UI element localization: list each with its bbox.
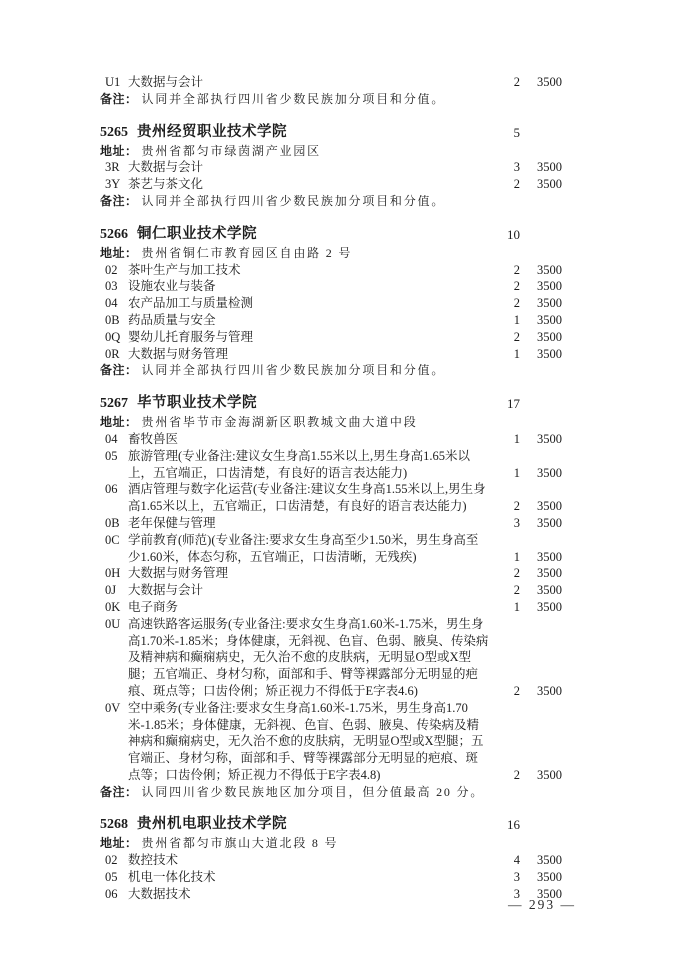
major-title: 大数据与会计: [128, 160, 203, 174]
major-plan-count: 3: [490, 869, 520, 886]
school-majors: 02数控技术 4 3500 05机电一体化技术 3 3500 06大数据技术 3…: [100, 852, 562, 902]
major-name: 04农产品加工与质量检测: [100, 295, 490, 312]
major-tuition-fee: 3500: [520, 465, 562, 482]
major-tuition-fee: 3500: [520, 312, 562, 329]
major-row: 0B药品质量与安全 1 3500: [100, 312, 562, 329]
major-name: 3R大数据与会计: [100, 159, 490, 176]
remark-label: 备注：: [100, 785, 138, 799]
major-title: 空中乘务(专业备注:要求女生身高1.60米-1.75米，男生身高1.70米-1.…: [128, 701, 484, 782]
school-code: 5268: [100, 817, 128, 832]
major-title: 老年保健与管理: [128, 516, 216, 530]
major-name: 0B老年保健与管理: [100, 515, 490, 532]
major-plan-count: 2: [490, 262, 520, 279]
major-code: 3Y: [105, 176, 128, 193]
major-name: 06酒店管理与数字化运营(专业备注:建议女生身高1.55米以上,男生身高1.65…: [100, 481, 490, 515]
major-plan-count: 2: [490, 498, 520, 515]
major-title: 高速铁路客运服务(专业备注:要求女生身高1.60米-1.75米，男生身高1.70…: [128, 617, 488, 698]
major-code: 0J: [105, 582, 128, 599]
major-plan-count: 2: [490, 767, 520, 784]
major-title: 旅游管理(专业备注:建议女生身高1.55米以上,男生身高1.65米以上，五官端正…: [128, 449, 470, 480]
major-name: 05机电一体化技术: [100, 869, 490, 886]
address-row: 地址：贵州省都匀市绿茵湖产业园区: [100, 143, 562, 160]
major-name: U1大数据与会计: [100, 74, 490, 91]
major-row: 3R大数据与会计 3 3500: [100, 159, 562, 176]
school-section: 5268贵州机电职业技术学院 16 地址：贵州省都匀市旗山大道北段 8 号 02…: [100, 814, 562, 902]
major-name: 0K电子商务: [100, 599, 490, 616]
remark-row: 备注：认同并全部执行四川省少数民族加分项目和分值。: [100, 193, 562, 210]
major-row: 3Y茶艺与茶文化 2 3500: [100, 176, 562, 193]
school-total-count: 10: [490, 225, 520, 245]
major-code: 0U: [105, 616, 128, 633]
major-title: 农产品加工与质量检测: [128, 296, 253, 310]
major-title: 设施农业与装备: [128, 279, 216, 293]
school-name: 铜仁职业技术学院: [137, 226, 257, 242]
school-majors: 3R大数据与会计 3 3500 3Y茶艺与茶文化 2 3500: [100, 159, 562, 193]
major-name: 04畜牧兽医: [100, 431, 490, 448]
school-total-count: 16: [490, 815, 520, 835]
school-name: 贵州经贸职业技术学院: [137, 124, 287, 140]
major-plan-count: 2: [490, 683, 520, 700]
major-code: 0B: [105, 312, 128, 329]
page-number: — 293 —: [508, 897, 576, 913]
major-row: 05旅游管理(专业备注:建议女生身高1.55米以上,男生身高1.65米以上，五官…: [100, 448, 562, 482]
school-header: 5266铜仁职业技术学院 10: [100, 224, 562, 245]
major-name: 05旅游管理(专业备注:建议女生身高1.55米以上,男生身高1.65米以上，五官…: [100, 448, 490, 482]
major-plan-count: 1: [490, 599, 520, 616]
major-code: 06: [105, 481, 128, 498]
major-row: 02数控技术 4 3500: [100, 852, 562, 869]
major-row: 04农产品加工与质量检测 2 3500: [100, 295, 562, 312]
major-title: 茶艺与茶文化: [128, 177, 203, 191]
school-name: 贵州机电职业技术学院: [137, 816, 287, 832]
major-plan-count: 2: [490, 565, 520, 582]
address-label: 地址：: [100, 836, 138, 850]
major-tuition-fee: 3500: [520, 683, 562, 700]
major-plan-count: 3: [490, 159, 520, 176]
school-name: 毕节职业技术学院: [137, 395, 257, 411]
major-title: 电子商务: [128, 600, 178, 614]
major-plan-count: 1: [490, 431, 520, 448]
school-header: 5267毕节职业技术学院 17: [100, 393, 562, 414]
address-label: 地址：: [100, 144, 138, 158]
school-majors: 04畜牧兽医 1 3500 05旅游管理(专业备注:建议女生身高1.55米以上,…: [100, 431, 562, 784]
address-text: 贵州省铜仁市教育园区自由路 2 号: [142, 246, 353, 260]
major-tuition-fee: 3500: [520, 159, 562, 176]
major-title: 畜牧兽医: [128, 432, 178, 446]
major-name: 0R大数据与财务管理: [100, 346, 490, 363]
major-code: 04: [105, 431, 128, 448]
remark-label: 备注：: [100, 363, 138, 377]
major-row: 06酒店管理与数字化运营(专业备注:建议女生身高1.55米以上,男生身高1.65…: [100, 481, 562, 515]
major-name: 02茶叶生产与加工技术: [100, 262, 490, 279]
major-code: 3R: [105, 159, 128, 176]
major-code: 04: [105, 295, 128, 312]
remark-row: 备注：认同并全部执行四川省少数民族加分项目和分值。: [100, 91, 562, 108]
major-tuition-fee: 3500: [520, 262, 562, 279]
school-section: 5267毕节职业技术学院 17 地址：贵州省毕节市金海湖新区职教城文曲大道中段 …: [100, 393, 562, 800]
major-tuition-fee: 3500: [520, 515, 562, 532]
major-plan-count: 1: [490, 312, 520, 329]
major-tuition-fee: 3500: [520, 278, 562, 295]
major-tuition-fee: 3500: [520, 329, 562, 346]
major-title: 茶叶生产与加工技术: [128, 263, 241, 277]
document-page: U1大数据与会计 2 3500 备注：认同并全部执行四川省少数民族加分项目和分值…: [0, 0, 680, 961]
major-title: 大数据与会计: [128, 583, 203, 597]
major-code: 0K: [105, 599, 128, 616]
major-plan-count: 2: [490, 278, 520, 295]
major-title: 大数据与会计: [128, 75, 203, 89]
remark-text: 认同四川省少数民族地区加分项目，但分值最高 20 分。: [142, 785, 485, 799]
admission-plan-list: U1大数据与会计 2 3500 备注：认同并全部执行四川省少数民族加分项目和分值…: [100, 74, 562, 903]
major-title: 数控技术: [128, 853, 178, 867]
major-row: 0K电子商务 1 3500: [100, 599, 562, 616]
major-row: 0U高速铁路客运服务(专业备注:要求女生身高1.60米-1.75米，男生身高1.…: [100, 616, 562, 700]
major-plan-count: 4: [490, 852, 520, 869]
major-tuition-fee: 3500: [520, 767, 562, 784]
major-code: 0V: [105, 700, 128, 717]
remark-row: 备注：认同四川省少数民族地区加分项目，但分值最高 20 分。: [100, 784, 562, 801]
major-name: 06大数据技术: [100, 886, 490, 903]
school-section: 5265贵州经贸职业技术学院 5 地址：贵州省都匀市绿茵湖产业园区 3R大数据与…: [100, 122, 562, 210]
major-name: 0U高速铁路客运服务(专业备注:要求女生身高1.60米-1.75米，男生身高1.…: [100, 616, 490, 700]
major-row: 0V空中乘务(专业备注:要求女生身高1.60米-1.75米，男生身高1.70米-…: [100, 700, 562, 784]
major-plan-count: 2: [490, 176, 520, 193]
major-row: 03设施农业与装备 2 3500: [100, 278, 562, 295]
major-code: 0B: [105, 515, 128, 532]
remark-text: 认同并全部执行四川省少数民族加分项目和分值。: [142, 194, 446, 208]
remark-label: 备注：: [100, 194, 138, 208]
major-title: 酒店管理与数字化运营(专业备注:建议女生身高1.55米以上,男生身高1.65米以…: [128, 482, 486, 513]
major-plan-count: 2: [490, 74, 520, 91]
remark-label: 备注：: [100, 92, 138, 106]
major-plan-count: 1: [490, 549, 520, 566]
major-title: 大数据与财务管理: [128, 566, 228, 580]
major-title: 药品质量与安全: [128, 313, 216, 327]
major-title: 大数据技术: [128, 887, 191, 901]
major-row: 0R大数据与财务管理 1 3500: [100, 346, 562, 363]
major-row: 0C学前教育(师范)(专业备注:要求女生身高至少1.50米，男生身高至少1.60…: [100, 532, 562, 566]
major-code: 02: [105, 852, 128, 869]
major-tuition-fee: 3500: [520, 431, 562, 448]
major-plan-count: 2: [490, 329, 520, 346]
major-code: 05: [105, 869, 128, 886]
major-name: 0V空中乘务(专业备注:要求女生身高1.60米-1.75米，男生身高1.70米-…: [100, 700, 490, 784]
address-row: 地址：贵州省毕节市金海湖新区职教城文曲大道中段: [100, 414, 562, 431]
major-code: 0Q: [105, 329, 128, 346]
school-code: 5265: [100, 125, 128, 140]
major-tuition-fee: 3500: [520, 295, 562, 312]
major-tuition-fee: 3500: [520, 599, 562, 616]
major-tuition-fee: 3500: [520, 176, 562, 193]
major-row: 05机电一体化技术 3 3500: [100, 869, 562, 886]
school-section: 5266铜仁职业技术学院 10 地址：贵州省铜仁市教育园区自由路 2 号 02茶…: [100, 224, 562, 379]
major-name: 0J大数据与会计: [100, 582, 490, 599]
major-name: 0B药品质量与安全: [100, 312, 490, 329]
address-label: 地址：: [100, 415, 138, 429]
major-name: 3Y茶艺与茶文化: [100, 176, 490, 193]
major-plan-count: 1: [490, 346, 520, 363]
major-plan-count: 2: [490, 295, 520, 312]
major-row: 0Q婴幼儿托育服务与管理 2 3500: [100, 329, 562, 346]
major-name: 02数控技术: [100, 852, 490, 869]
major-plan-count: 1: [490, 465, 520, 482]
major-row: 0H大数据与财务管理 2 3500: [100, 565, 562, 582]
major-code: 0H: [105, 565, 128, 582]
address-text: 贵州省毕节市金海湖新区职教城文曲大道中段: [142, 415, 418, 429]
major-plan-count: 3: [490, 515, 520, 532]
major-tuition-fee: 3500: [520, 582, 562, 599]
address-row: 地址：贵州省都匀市旗山大道北段 8 号: [100, 835, 562, 852]
major-tuition-fee: 3500: [520, 498, 562, 515]
school-total-count: 17: [490, 394, 520, 414]
major-tuition-fee: 3500: [520, 852, 562, 869]
major-title: 大数据与财务管理: [128, 347, 228, 361]
address-label: 地址：: [100, 246, 138, 260]
major-name: 0Q婴幼儿托育服务与管理: [100, 329, 490, 346]
major-tuition-fee: 3500: [520, 346, 562, 363]
major-code: 03: [105, 278, 128, 295]
major-tuition-fee: 3500: [520, 74, 562, 91]
major-row: 02茶叶生产与加工技术 2 3500: [100, 262, 562, 279]
leading-section: U1大数据与会计 2 3500 备注：认同并全部执行四川省少数民族加分项目和分值…: [100, 74, 562, 108]
major-code: 05: [105, 448, 128, 465]
school-code: 5267: [100, 396, 128, 411]
school-majors: 02茶叶生产与加工技术 2 3500 03设施农业与装备 2 3500 04农产…: [100, 262, 562, 363]
school-header: 5265贵州经贸职业技术学院 5: [100, 122, 562, 143]
address-text: 贵州省都匀市旗山大道北段 8 号: [142, 836, 339, 850]
major-code: 0R: [105, 346, 128, 363]
major-title: 婴幼儿托育服务与管理: [128, 330, 253, 344]
remark-text: 认同并全部执行四川省少数民族加分项目和分值。: [142, 92, 446, 106]
major-title: 机电一体化技术: [128, 870, 216, 884]
school-header: 5268贵州机电职业技术学院 16: [100, 814, 562, 835]
school-code: 5266: [100, 227, 128, 242]
major-name: 0H大数据与财务管理: [100, 565, 490, 582]
major-title: 学前教育(师范)(专业备注:要求女生身高至少1.50米，男生身高至少1.60米，…: [128, 533, 478, 564]
major-row: 04畜牧兽医 1 3500: [100, 431, 562, 448]
remark-text: 认同并全部执行四川省少数民族加分项目和分值。: [142, 363, 446, 377]
major-plan-count: 2: [490, 582, 520, 599]
major-code: 06: [105, 886, 128, 903]
major-code: 0C: [105, 532, 128, 549]
major-row: 0B老年保健与管理 3 3500: [100, 515, 562, 532]
major-row: 0J大数据与会计 2 3500: [100, 582, 562, 599]
major-row: 06大数据技术 3 3500: [100, 886, 562, 903]
major-tuition-fee: 3500: [520, 565, 562, 582]
major-code: U1: [105, 74, 128, 91]
address-row: 地址：贵州省铜仁市教育园区自由路 2 号: [100, 245, 562, 262]
major-name: 03设施农业与装备: [100, 278, 490, 295]
major-name: 0C学前教育(师范)(专业备注:要求女生身高至少1.50米，男生身高至少1.60…: [100, 532, 490, 566]
major-code: 02: [105, 262, 128, 279]
remark-row: 备注：认同并全部执行四川省少数民族加分项目和分值。: [100, 362, 562, 379]
address-text: 贵州省都匀市绿茵湖产业园区: [142, 144, 321, 158]
major-row: U1大数据与会计 2 3500: [100, 74, 562, 91]
major-tuition-fee: 3500: [520, 549, 562, 566]
major-tuition-fee: 3500: [520, 869, 562, 886]
school-total-count: 5: [490, 123, 520, 143]
